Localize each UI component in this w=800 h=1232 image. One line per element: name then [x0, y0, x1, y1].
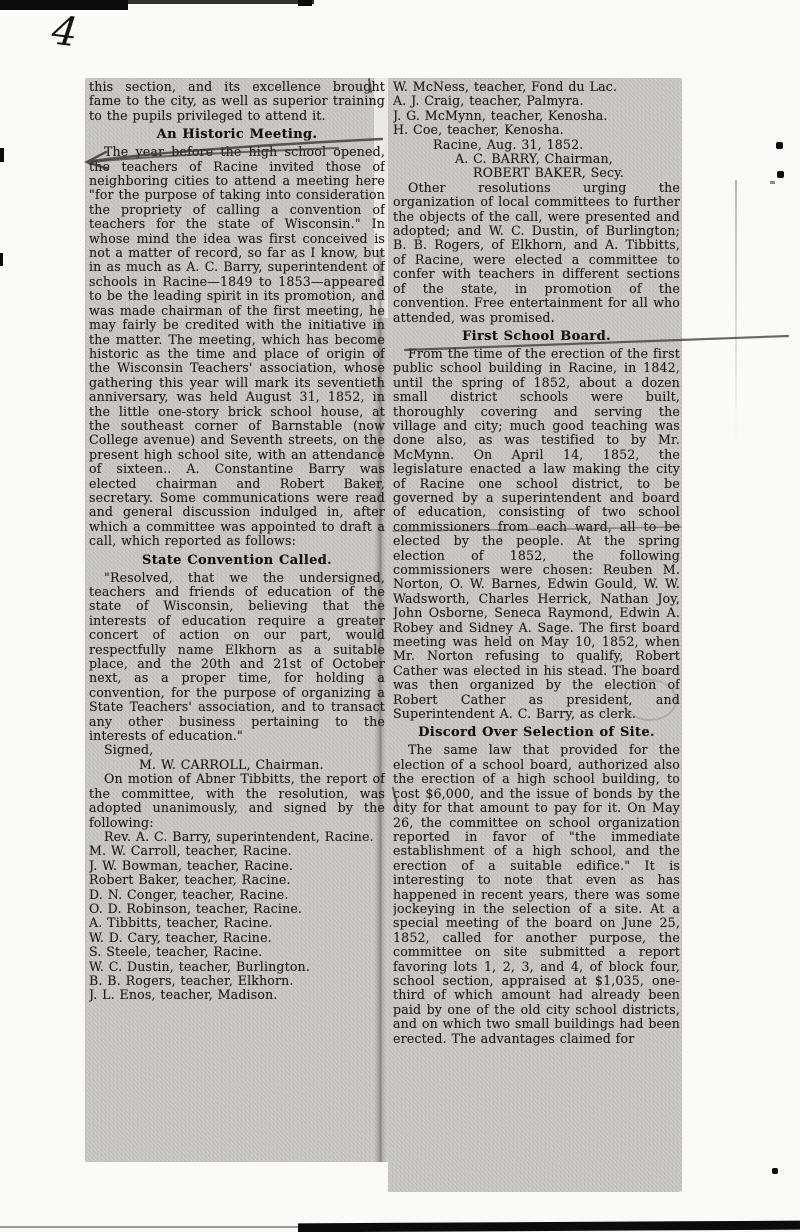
signer-list-item: J. G. McMynn, teacher, Kenosha. — [393, 109, 680, 123]
scan-edge-mark-top — [298, 0, 312, 6]
signature-barry-chairman: A. C. BARRY, Chairman, — [393, 152, 680, 166]
signer-list-item: S. Steele, teacher, Racine. — [89, 945, 385, 959]
signer-list-item: W. C. Dustin, teacher, Burlington. — [89, 960, 385, 974]
signer-list-item: O. D. Robinson, teacher, Racine. — [89, 902, 385, 916]
ink-speck-right — [770, 181, 775, 184]
signature-baker-secy: ROBERT BAKER, Secy. — [393, 166, 680, 180]
paragraph-first-school-board: From the time of the erection of the fir… — [393, 347, 680, 722]
ink-dot-right-2 — [777, 171, 784, 178]
section-heading-state-convention: State Convention Called. — [89, 553, 385, 568]
handwritten-page-number: 4 — [50, 11, 80, 54]
signed-label: Signed, — [89, 743, 385, 757]
ink-dot-right-1 — [776, 142, 783, 149]
signature-carroll: M. W. CARROLL, Chairman. — [89, 758, 385, 772]
scan-edge-mark-left-1 — [0, 148, 4, 162]
scan-edge-line-top — [122, 0, 314, 4]
paragraph-discord: The same law that provided for the elect… — [393, 743, 680, 1046]
signer-list-item: W. McNess, teacher, Fond du Lac. — [393, 80, 680, 94]
signer-list-item: J. L. Enos, teacher, Madison. — [89, 988, 385, 1002]
signer-list-item: J. W. Bowman, teacher, Racine. — [89, 859, 385, 873]
dateline: Racine, Aug. 31, 1852. — [393, 138, 680, 152]
paragraph-other-resolutions: Other resolutions urging the organizatio… — [393, 181, 680, 325]
scan-streak-right-margin — [735, 180, 737, 450]
paragraph-resolution: "Resolved, that we the undersigned, teac… — [89, 571, 385, 744]
paragraph-historic-meeting: The year before the high school opened, … — [89, 145, 385, 548]
scan-edge-line-bottom-left — [0, 1226, 310, 1228]
ink-dot-right-3 — [772, 1168, 778, 1174]
section-heading-historic-meeting: An Historic Meeting. — [89, 127, 385, 142]
paragraph-continuation: this section, and its excellence brought… — [89, 80, 385, 123]
article-column-right: W. McNess, teacher, Fond du Lac. A. J. C… — [393, 80, 680, 1190]
signer-list-item: H. Coe, teacher, Kenosha. — [393, 123, 680, 137]
signer-list-item: W. D. Cary, teacher, Racine. — [89, 931, 385, 945]
paragraph-rev-barry: Rev. A. C. Barry, superintendent, Racine… — [89, 830, 385, 844]
paragraph-motion: On motion of Abner Tibbitts, the report … — [89, 772, 385, 830]
signer-list-item: A. J. Craig, teacher, Palmyra. — [393, 94, 680, 108]
signer-list-item: A. Tibbitts, teacher, Racine. — [89, 916, 385, 930]
scanned-newspaper-page: { "annotations": { "page_number": "4" },… — [0, 0, 800, 1232]
scan-edge-mark-left-2 — [0, 253, 3, 266]
scan-edge-bar-bottom — [298, 1221, 800, 1232]
section-heading-first-school-board: First School Board. — [393, 329, 680, 344]
signer-list-item: B. B. Rogers, teacher, Elkhorn. — [89, 974, 385, 988]
signer-list-item: Robert Baker, teacher, Racine. — [89, 873, 385, 887]
section-heading-discord: Discord Over Selection of Site. — [393, 725, 680, 740]
article-column-left: this section, and its excellence brought… — [89, 80, 385, 1160]
signer-list-item: M. W. Carroll, teacher, Racine. — [89, 844, 385, 858]
signer-list-item: D. N. Conger, teacher, Racine. — [89, 888, 385, 902]
